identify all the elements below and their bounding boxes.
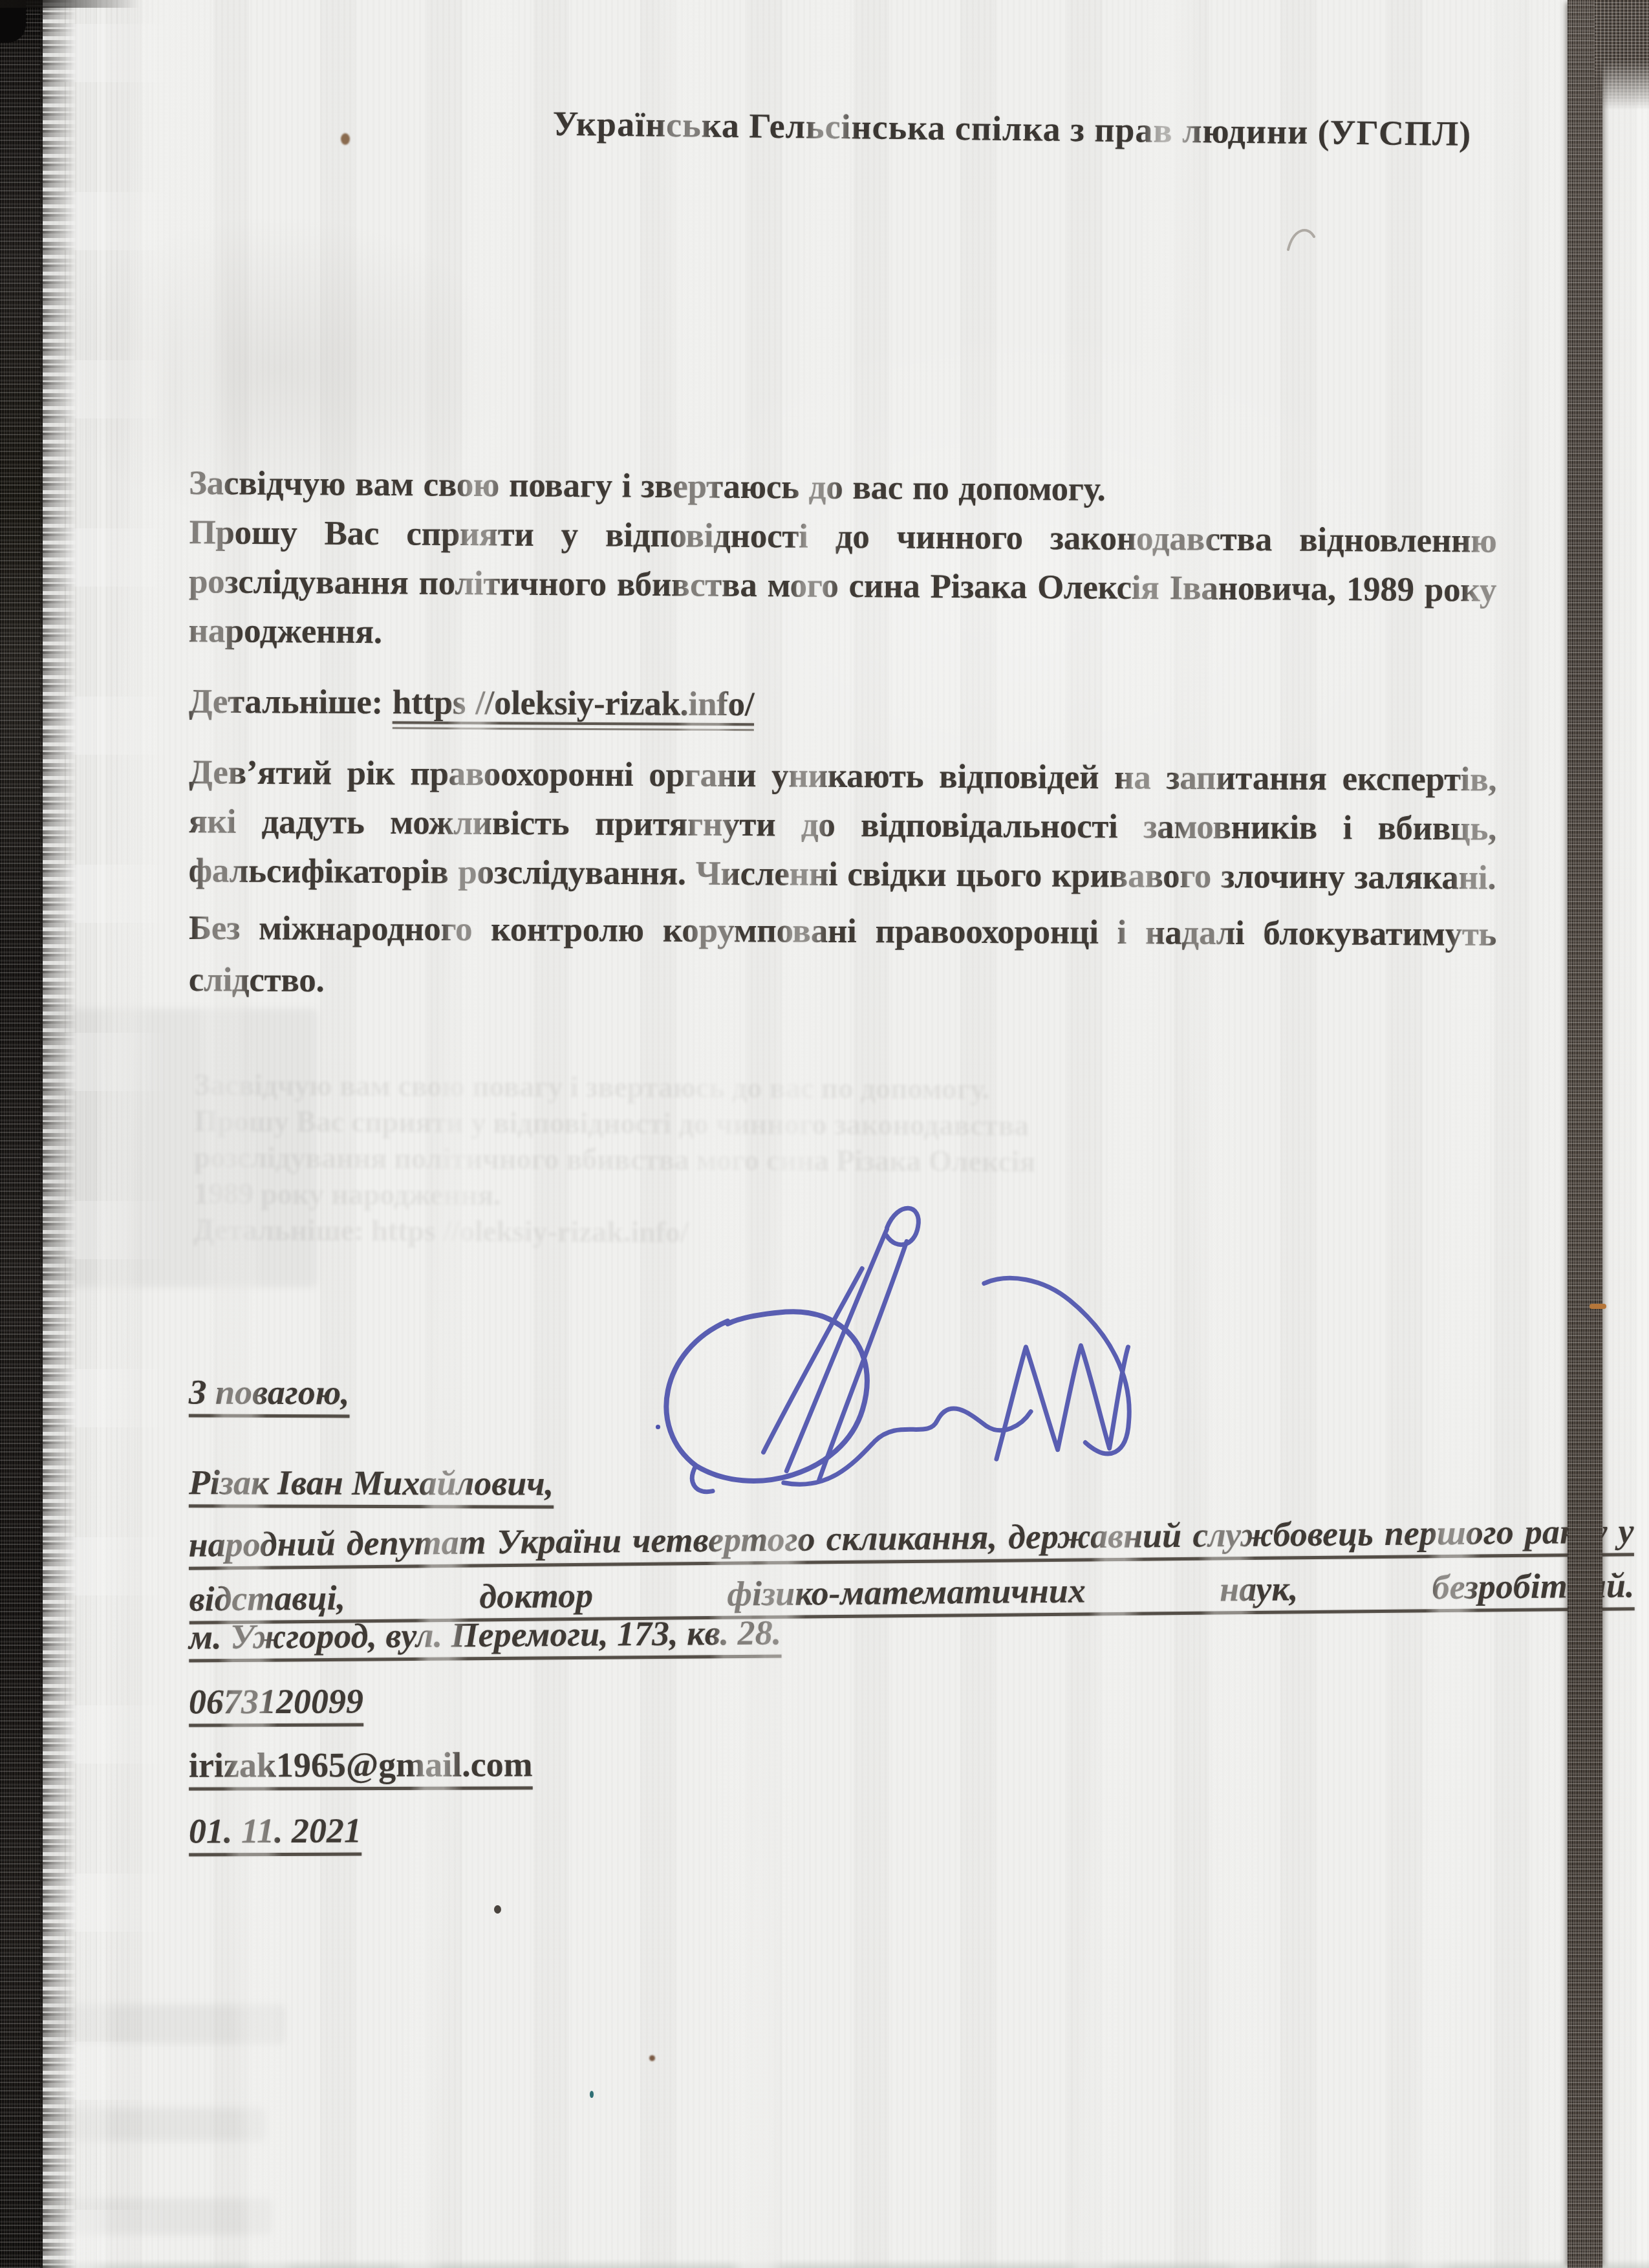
sender-address-line: м. Ужгород, вул. Перемоги, 173, кв. 28. [189,1612,782,1657]
ink-dot [494,1905,501,1914]
scanner-band-left-edge [40,0,76,2268]
case-website-link: https //oleksiy-rizak.info/ [393,684,755,731]
paper-speck [649,2055,655,2061]
scanner-corner-patch [1595,0,1649,110]
ninth-year-paragraph: Дев’ятий рік правоохоронні органи уникаю… [188,748,1496,902]
ink-dot [656,1425,660,1429]
scanned-letter-page: Засвідчую вам свою повагу і звертаюсь до… [0,0,1649,2268]
paper-speck [341,133,350,145]
handwritten-signature [626,1130,1172,1496]
pencil-squiggle [1286,220,1319,256]
sender-name-line: Різак Іван Михайлович, [189,1462,554,1503]
paper-speck [590,2091,594,2098]
scan-bottom-edge [0,2259,1649,2268]
paper-speck [1590,1304,1606,1309]
ghost-line: Засвідчую вам свою повагу і звертаюсь до… [194,1067,1487,1110]
without-control-paragraph: Без міжнародного контролю корумповані пр… [189,902,1497,1012]
salutation-line: З повагою, [189,1372,350,1413]
letter-date-line: 01. 11. 2021 [189,1810,361,1851]
scanner-streaks [65,0,175,2268]
scanner-top-edge [0,0,139,8]
greeting-paragraph: Засвідчую вам свою повагу і звертаюсь до… [189,459,1496,517]
sender-title-line: народний депутат України четвертого скли… [188,1504,1635,1626]
sender-phone-line: 0673120099 [189,1681,363,1722]
details-line: Детальніше: https //oleksiy-rizak.info/ [189,677,1496,733]
letter-body: Засвідчую вам свою повагу і звертаюсь до… [189,463,1496,1009]
scanner-band-left [0,0,43,2268]
sender-email-line: irizak1965@gmail.com [189,1744,533,1785]
details-label: Детальніше: [189,683,383,722]
request-paragraph: Прошу Вас сприяти у відповідності до чин… [188,508,1496,664]
scanner-band-right [1568,0,1602,2268]
